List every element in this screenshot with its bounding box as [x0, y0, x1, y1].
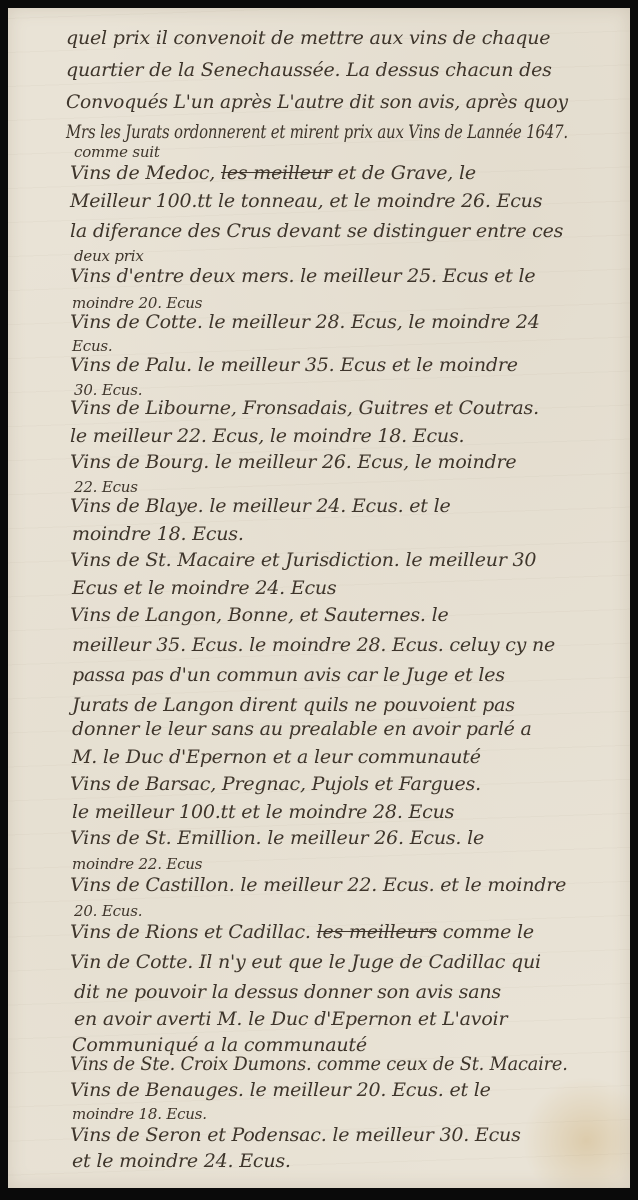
manuscript-line: Vins de Ste. Croix Dumons. comme ceux de… [70, 1053, 568, 1075]
manuscript-line: quel prix il convenoit de mettre aux vin… [66, 27, 550, 49]
manuscript-line: Vins de Barsac, Pregnac, Pujols et Fargu… [70, 773, 481, 795]
manuscript-line: Jurats de Langon dirent quils ne pouvoie… [72, 694, 515, 716]
manuscript-line: M. le Duc d'Epernon et a leur communauté [72, 746, 481, 768]
manuscript-line: Vins de Rions et Cadillac. les meilleurs… [70, 921, 534, 943]
manuscript-line: meilleur 35. Ecus. le moindre 28. Ecus. … [72, 634, 555, 656]
struck-out-text: les meilleurs [317, 921, 437, 943]
manuscript-line: le meilleur 100.tt et le moindre 28. Ecu… [72, 801, 454, 823]
manuscript-line: Vins de St. Macaire et Jurisdiction. le … [70, 549, 536, 571]
manuscript-line: Vins de Bourg. le meilleur 26. Ecus, le … [70, 451, 516, 473]
manuscript-line: Vins de Cotte. le meilleur 28. Ecus, le … [70, 311, 540, 333]
manuscript-line: Mrs les Jurats ordonnerent et mirent pri… [66, 121, 568, 143]
manuscript-line: passa pas d'un commun avis car le Juge e… [72, 664, 505, 686]
manuscript-line: Vins de Langon, Bonne, et Sauternes. le [70, 604, 449, 626]
manuscript-line: quartier de la Senechaussée. La dessus c… [66, 59, 552, 81]
manuscript-line: Vin de Cotte. Il n'y eut que le Juge de … [70, 951, 541, 973]
manuscript-page: quel prix il convenoit de mettre aux vin… [8, 8, 630, 1188]
manuscript-line: Vins d'entre deux mers. le meilleur 25. … [70, 265, 535, 287]
manuscript-line: deux prix [74, 247, 144, 265]
manuscript-line: Ecus et le moindre 24. Ecus [72, 577, 336, 599]
scan-border: quel prix il convenoit de mettre aux vin… [0, 0, 638, 1200]
manuscript-line: Vins de Palu. le meilleur 35. Ecus et le… [70, 354, 518, 376]
manuscript-line: Vins de Libourne, Fronsadais, Guitres et… [70, 397, 539, 419]
manuscript-line: dit ne pouvoir la dessus donner son avis… [74, 981, 501, 1003]
manuscript-line: Vins de Benauges. le meilleur 20. Ecus. … [70, 1079, 491, 1101]
manuscript-line: moindre 20. Ecus [72, 294, 202, 312]
manuscript-line: moindre 18. Ecus. [72, 523, 244, 545]
manuscript-line: et le moindre 24. Ecus. [72, 1150, 291, 1172]
manuscript-line: Vins de Seron et Podensac. le meilleur 3… [70, 1124, 521, 1146]
manuscript-line: donner le leur sans au prealable en avoi… [72, 718, 532, 740]
manuscript-line: 20. Ecus. [74, 902, 142, 920]
manuscript-line: moindre 22. Ecus [72, 855, 202, 873]
manuscript-line: comme suit [74, 143, 160, 161]
struck-out-text: les meilleur [221, 162, 332, 184]
manuscript-line: 22. Ecus [74, 478, 138, 496]
manuscript-line: Vins de Blaye. le meilleur 24. Ecus. et … [70, 495, 451, 517]
manuscript-line: Ecus. [72, 337, 112, 355]
manuscript-line: Vins de Castillon. le meilleur 22. Ecus.… [70, 874, 566, 896]
manuscript-line: Vins de Medoc, les meilleur et de Grave,… [70, 162, 476, 184]
manuscript-line: le meilleur 22. Ecus, le moindre 18. Ecu… [70, 425, 464, 447]
manuscript-line: en avoir averti M. le Duc d'Epernon et L… [74, 1008, 507, 1030]
manuscript-line: la diferance des Crus devant se distingu… [70, 220, 563, 242]
manuscript-line: Vins de St. Emillion. le meilleur 26. Ec… [70, 827, 484, 849]
manuscript-line: Meilleur 100.tt le tonneau, et le moindr… [70, 190, 542, 212]
manuscript-line: moindre 18. Ecus. [72, 1105, 207, 1123]
manuscript-line: Convoqués L'un après L'autre dit son avi… [66, 91, 568, 113]
